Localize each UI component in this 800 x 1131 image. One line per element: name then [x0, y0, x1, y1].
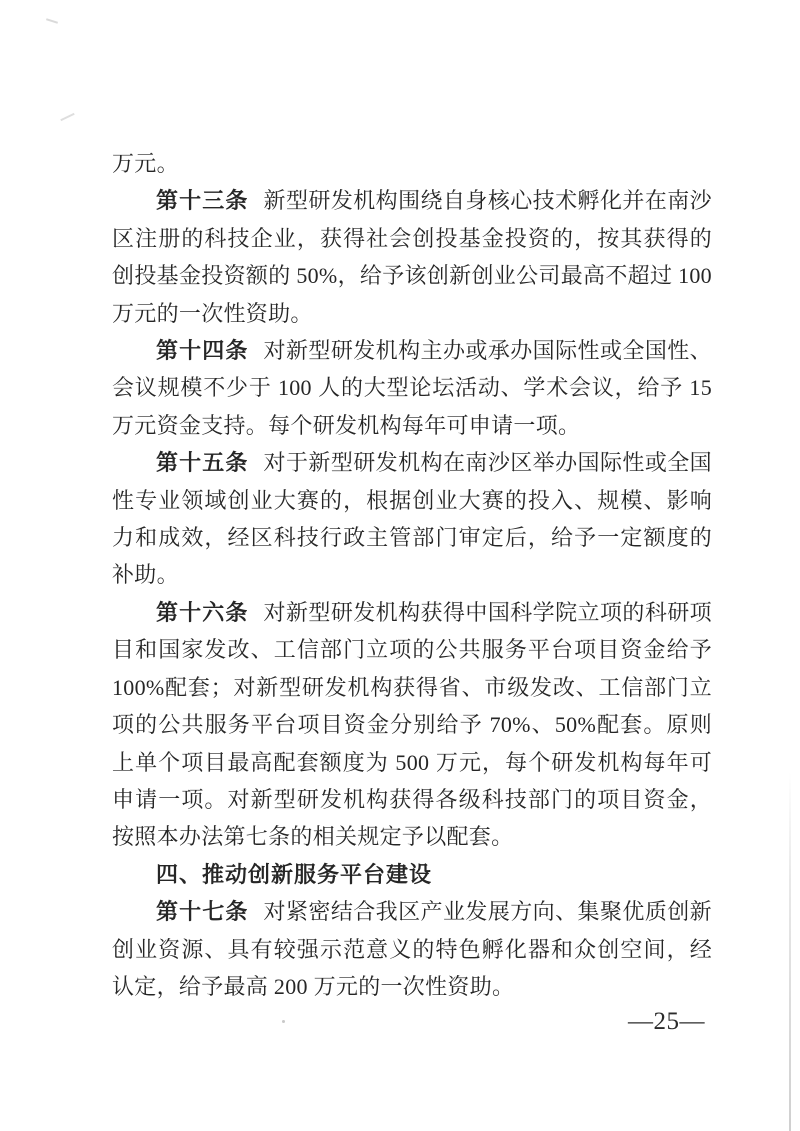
page-number: —25—	[628, 1008, 705, 1036]
section-heading-4: 四、推动创新服务平台建设	[112, 856, 712, 893]
article-15-term: 第十五条	[156, 450, 249, 475]
document-page: 万元。 第十三条新型研发机构围绕自身核心技术孵化并在南沙区注册的科技企业，获得社…	[0, 0, 800, 1131]
article-13: 第十三条新型研发机构围绕自身核心技术孵化并在南沙区注册的科技企业，获得社会创投基…	[112, 182, 712, 332]
article-14: 第十四条对新型研发机构主办或承办国际性或全国性、会议规模不少于 100 人的大型…	[112, 332, 712, 444]
document-body: 万元。 第十三条新型研发机构围绕自身核心技术孵化并在南沙区注册的科技企业，获得社…	[112, 145, 712, 1005]
article-17: 第十七条对紧密结合我区产业发展方向、集聚优质创新创业资源、具有较强示范意义的特色…	[112, 893, 712, 1005]
article-17-term: 第十七条	[156, 899, 249, 924]
article-14-term: 第十四条	[156, 338, 249, 363]
scan-edge-artifact	[789, 772, 791, 1131]
paragraph-continuation: 万元。	[112, 145, 712, 182]
scan-speck-artifact	[46, 18, 58, 24]
article-13-term: 第十三条	[156, 188, 249, 213]
scan-speck-artifact	[282, 1020, 285, 1023]
article-15: 第十五条对于新型研发机构在南沙区举办国际性或全国性专业领域创业大赛的，根据创业大…	[112, 444, 712, 594]
article-16-term: 第十六条	[156, 600, 249, 625]
scan-speck-artifact	[60, 113, 74, 121]
article-16: 第十六条对新型研发机构获得中国科学院立项的科研项目和国家发改、工信部门立项的公共…	[112, 594, 712, 856]
article-16-text: 对新型研发机构获得中国科学院立项的科研项目和国家发改、工信部门立项的公共服务平台…	[112, 600, 712, 849]
